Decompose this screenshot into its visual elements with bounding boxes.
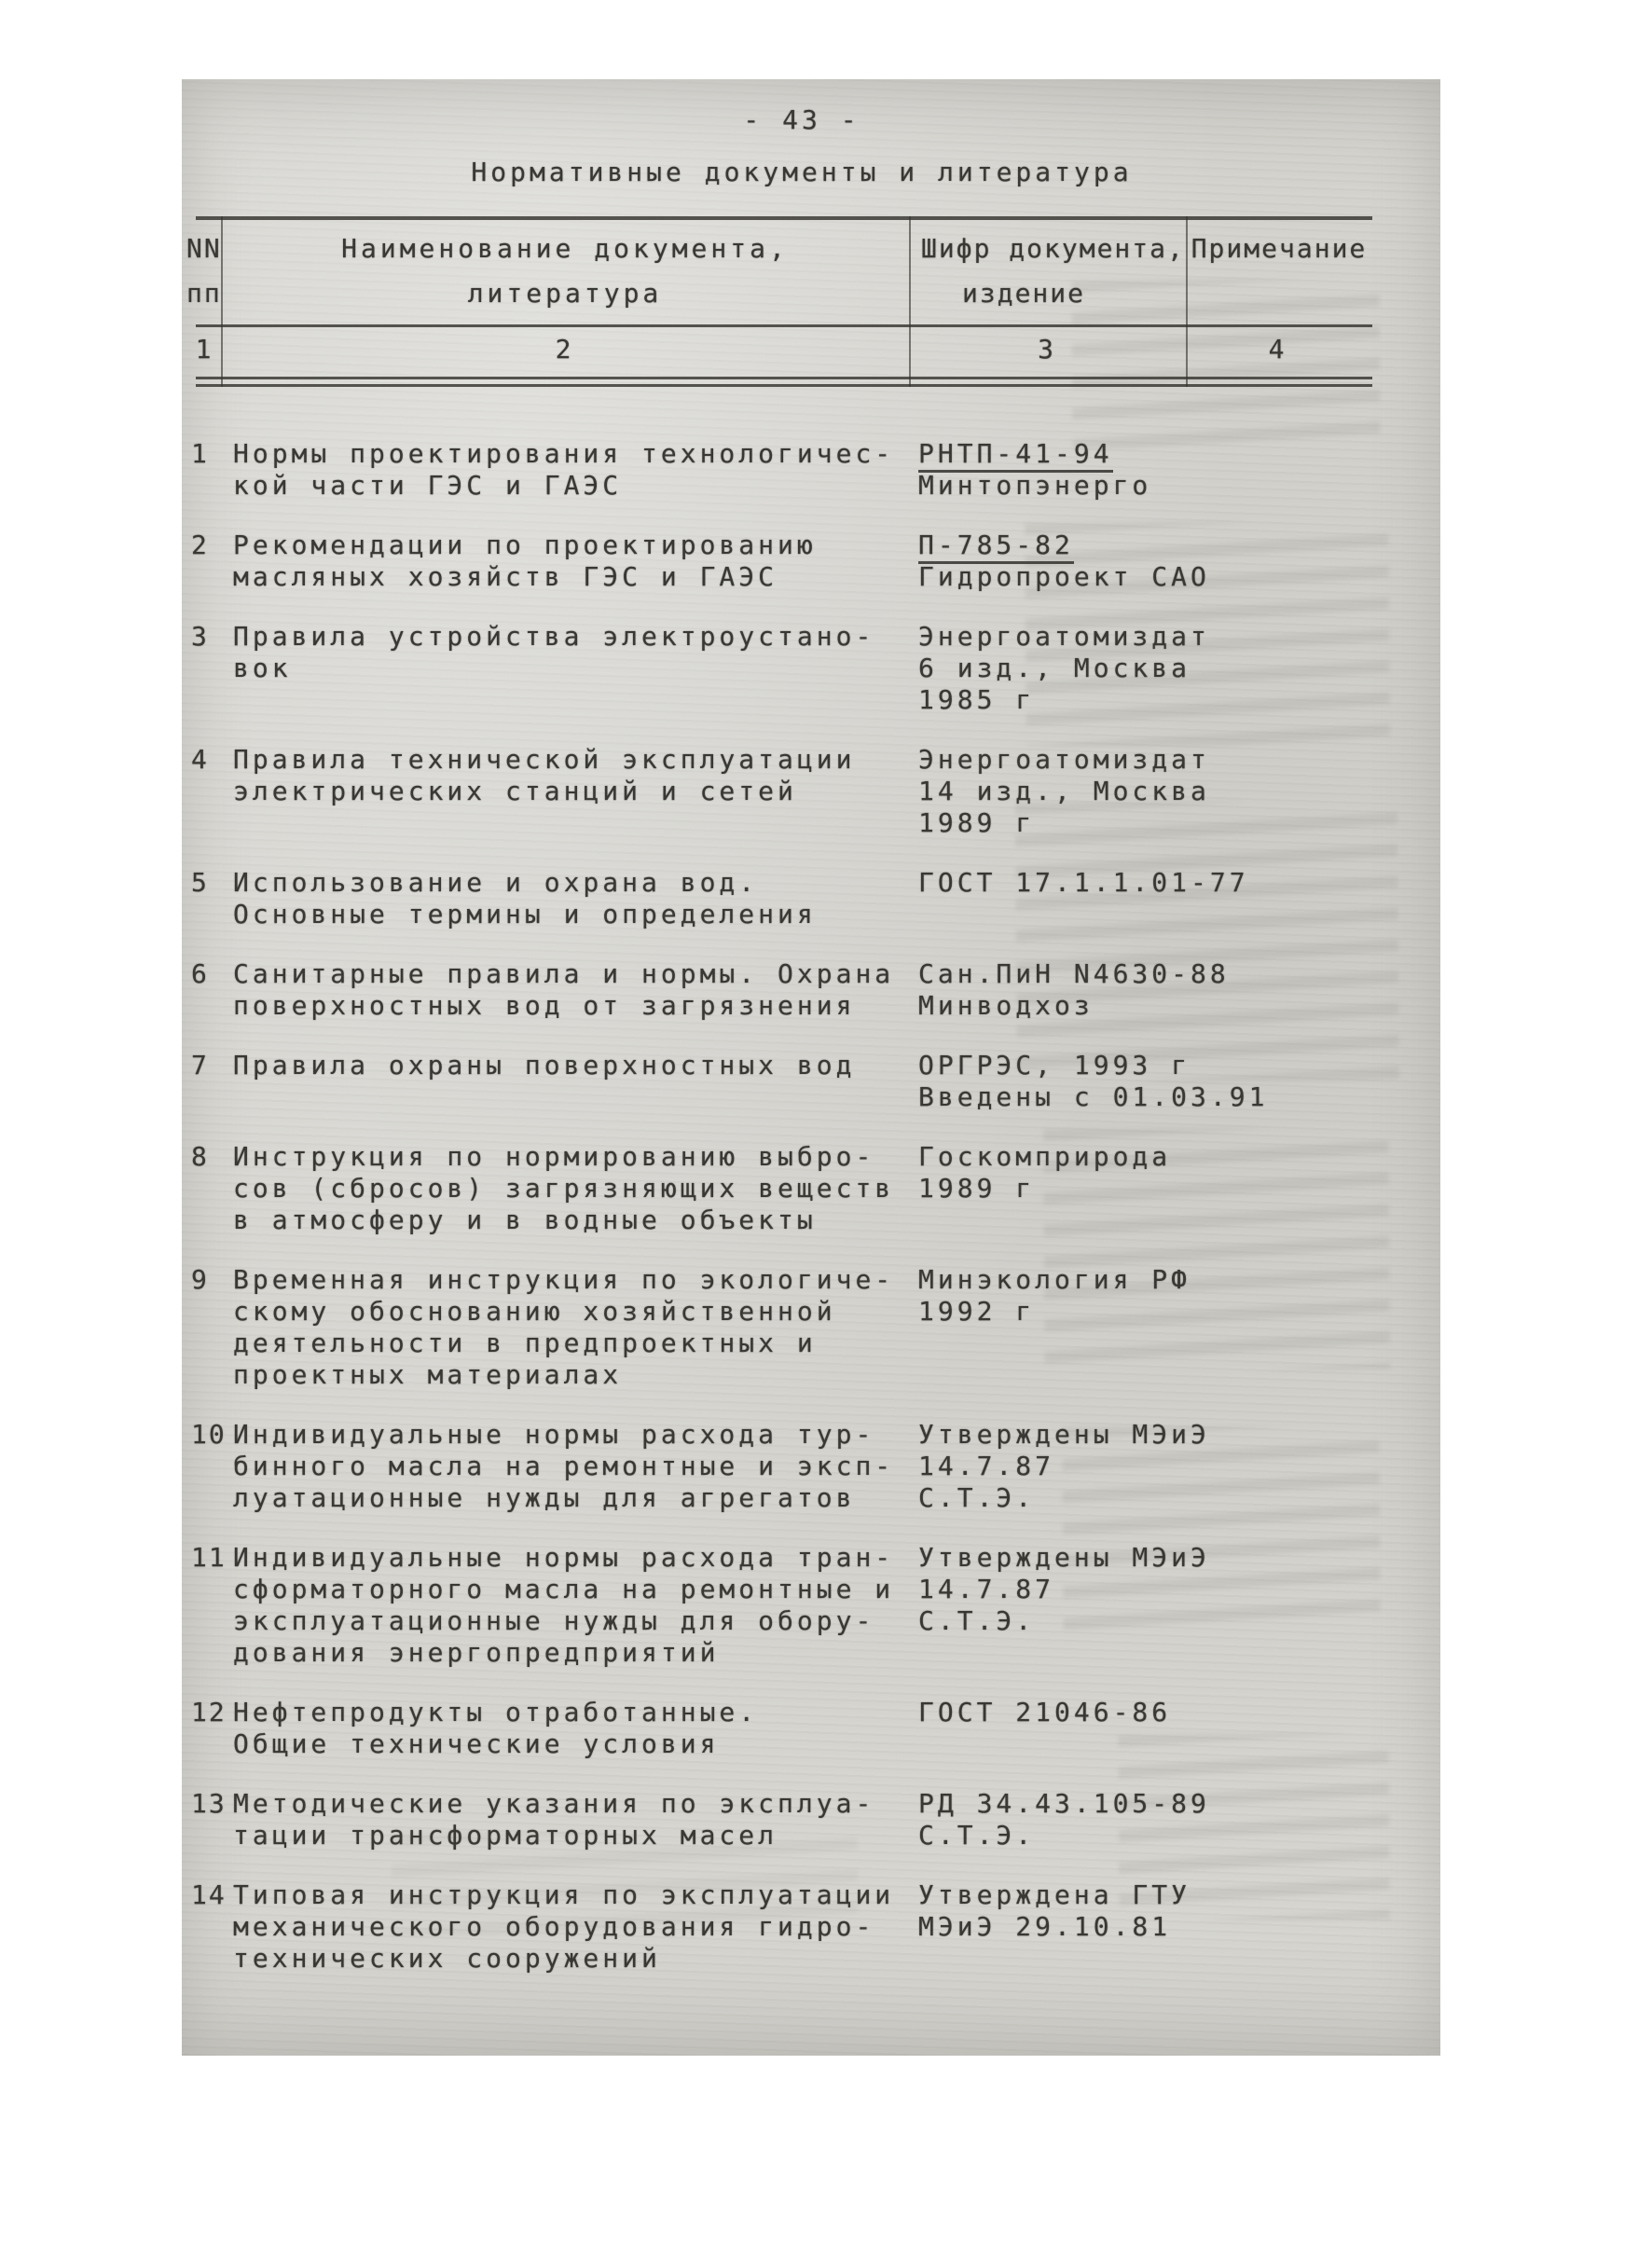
document-code-cell: П-785-82Гидропроект САО (918, 530, 1403, 593)
document-name-cell: Использование и охрана вод.Основные терм… (233, 867, 918, 930)
underlined-code-text: РНТП-41-94 (918, 438, 1113, 473)
document-name-line: Индивидуальные нормы расхода тран- (233, 1542, 918, 1574)
document-name-line: Правила технической эксплуатации (233, 744, 918, 776)
row-number: 13 (191, 1788, 233, 1820)
underlined-code-text: П-785-82 (918, 530, 1074, 564)
document-code-cell: Сан.ПиН N4630-88Минводхоз (918, 958, 1403, 1022)
document-name-cell: Нефтепродукты отработанные.Общие техниче… (233, 1697, 918, 1760)
document-name-cell: Правила технической эксплуатацииэлектрич… (233, 744, 918, 807)
document-name-line: эксплуатационные нужды для обору- (233, 1605, 918, 1637)
document-name-cell: Санитарные правила и нормы. Охранаповерх… (233, 958, 918, 1022)
table-row: 5Использование и охрана вод.Основные тер… (0, 867, 1652, 930)
document-code-line: Энергоатомиздат (918, 621, 1403, 653)
document-code-line: Утверждены МЭиЭ (918, 1542, 1403, 1574)
document-name-line: механического оборудования гидро- (233, 1911, 918, 1943)
document-name-line: Нормы проектирования технологичес- (233, 438, 918, 470)
table-row: 13Методические указания по эксплуа-тации… (0, 1788, 1652, 1851)
document-name-line: Санитарные правила и нормы. Охрана (233, 958, 918, 990)
document-code-cell: Утверждены МЭиЭ14.7.87С.Т.Э. (918, 1542, 1403, 1637)
document-code-line: РД 34.43.105-89 (918, 1788, 1403, 1820)
row-number: 12 (191, 1697, 233, 1728)
table-header-rule (196, 324, 1372, 327)
column-index-2: 2 (221, 334, 909, 365)
header-col3-line2: издение (962, 278, 1085, 310)
table-row: 6Санитарные правила и нормы. Охранаповер… (0, 958, 1652, 1022)
table-row: 8Инструкция по нормированию выбро-сов (с… (0, 1141, 1652, 1236)
document-code-line: ГОСТ 21046-86 (918, 1697, 1403, 1728)
document-code-line: РНТП-41-94 (918, 438, 1403, 470)
document-code-line: 6 изд., Москва (918, 653, 1403, 684)
document-name-line: Типовая инструкция по эксплуатации (233, 1879, 918, 1911)
document-name-cell: Индивидуальные нормы расхода тран-сформа… (233, 1542, 918, 1669)
document-code-line: Утверждена ГТУ (918, 1879, 1403, 1911)
document-name-line: Общие технические условия (233, 1728, 918, 1760)
document-code-line: П-785-82 (918, 530, 1403, 561)
document-name-line: бинного масла на ремонтные и эксп- (233, 1451, 918, 1482)
document-code-line: С.Т.Э. (918, 1820, 1403, 1851)
header-col1-line1: NN (186, 233, 222, 265)
table-body: 1Нормы проектирования технологичес-кой ч… (0, 438, 1652, 2002)
document-name-cell: Индивидуальные нормы расхода тур-бинного… (233, 1419, 918, 1514)
document-name-line: Временная инструкция по экологиче- (233, 1264, 918, 1296)
document-code-line: Гидропроект САО (918, 561, 1403, 593)
document-name-cell: Методические указания по эксплуа-тации т… (233, 1788, 918, 1851)
document-name-cell: Типовая инструкция по эксплуатациимехани… (233, 1879, 918, 1975)
document-code-line: Минтопэнерго (918, 470, 1403, 502)
document-name-line: скому обоснованию хозяйственной (233, 1296, 918, 1328)
table-row: 3Правила устройства электроустано-вокЭне… (0, 621, 1652, 716)
document-name-cell: Инструкция по нормированию выбро-сов (сб… (233, 1141, 918, 1236)
document-code-line: Госкомприрода (918, 1141, 1403, 1173)
document-name-line: поверхностных вод от загрязнения (233, 990, 918, 1022)
document-name-line: Правила охраны поверхностных вод (233, 1050, 918, 1081)
document-code-line: 1985 г (918, 684, 1403, 716)
document-name-cell: Правила охраны поверхностных вод (233, 1050, 918, 1081)
document-name-line: вок (233, 653, 918, 684)
document-name-line: электрических станций и сетей (233, 776, 918, 807)
document-name-line: Основные термины и определения (233, 899, 918, 930)
document-code-line: ОРГРЭС, 1993 г (918, 1050, 1403, 1081)
document-code-cell: Минэкология РФ1992 г (918, 1264, 1403, 1328)
document-name-line: в атмосферу и в водные объекты (233, 1204, 918, 1236)
page-number: - 43 - (196, 104, 1408, 136)
document-name-line: сов (сбросов) загрязняющих веществ (233, 1173, 918, 1204)
document-name-cell: Нормы проектирования технологичес-кой ча… (233, 438, 918, 502)
document-code-line: Сан.ПиН N4630-88 (918, 958, 1403, 990)
row-number: 14 (191, 1879, 233, 1911)
row-number: 10 (191, 1419, 233, 1451)
document-code-line: Минэкология РФ (918, 1264, 1403, 1296)
table-row: 14Типовая инструкция по эксплуатациимеха… (0, 1879, 1652, 1975)
scanned-document-page: - 43 - Нормативные документы и литератур… (0, 0, 1652, 2257)
document-name-line: технических сооружений (233, 1943, 918, 1975)
document-code-line: С.Т.Э. (918, 1482, 1403, 1514)
document-code-line: 14.7.87 (918, 1451, 1403, 1482)
document-name-line: сформаторного масла на ремонтные и (233, 1574, 918, 1605)
document-name-line: дования энергопредприятий (233, 1637, 918, 1669)
table-row: 11Индивидуальные нормы расхода тран-сфор… (0, 1542, 1652, 1669)
row-number: 1 (191, 438, 233, 470)
document-code-line: Энергоатомиздат (918, 744, 1403, 776)
document-name-line: Правила устройства электроустано- (233, 621, 918, 653)
document-code-line: 1992 г (918, 1296, 1403, 1328)
table-row: 7Правила охраны поверхностных водОРГРЭС,… (0, 1050, 1652, 1113)
table-top-rule (196, 216, 1372, 220)
header-col3-line1: Шифр документа, (921, 233, 1185, 265)
header-col2-line2: литература (221, 278, 909, 310)
document-code-cell: ОРГРЭС, 1993 гВведены с 01.03.91 (918, 1050, 1403, 1113)
header-col4: Примечание (1186, 233, 1372, 265)
row-number: 4 (191, 744, 233, 776)
document-name-cell: Временная инструкция по экологиче-скому … (233, 1264, 918, 1391)
column-index-4: 4 (1186, 334, 1370, 365)
row-number: 9 (191, 1264, 233, 1296)
table-row: 9Временная инструкция по экологиче-скому… (0, 1264, 1652, 1391)
header-col1-line2: пп (186, 278, 222, 310)
document-code-line: 1989 г (918, 807, 1403, 839)
row-number: 6 (191, 958, 233, 990)
document-code-line: Утверждены МЭиЭ (918, 1419, 1403, 1451)
document-code-line: МЭиЭ 29.10.81 (918, 1911, 1403, 1943)
row-number: 2 (191, 530, 233, 561)
document-code-cell: ГОСТ 21046-86 (918, 1697, 1403, 1728)
document-name-line: Использование и охрана вод. (233, 867, 918, 899)
document-name-cell: Рекомендации по проектированиюмасляных х… (233, 530, 918, 593)
document-code-line: С.Т.Э. (918, 1605, 1403, 1637)
document-name-line: луатационные нужды для агрегатов (233, 1482, 918, 1514)
document-name-line: Методические указания по эксплуа- (233, 1788, 918, 1820)
document-name-line: Индивидуальные нормы расхода тур- (233, 1419, 918, 1451)
document-code-line: Минводхоз (918, 990, 1403, 1022)
document-code-line: ГОСТ 17.1.1.01-77 (918, 867, 1403, 899)
document-code-cell: Энергоатомиздат6 изд., Москва1985 г (918, 621, 1403, 716)
table-row: 10Индивидуальные нормы расхода тур-бинно… (0, 1419, 1652, 1514)
header-col2-line1: Наименование документа, (221, 233, 909, 265)
row-number: 8 (191, 1141, 233, 1173)
column-index-3: 3 (909, 334, 1186, 365)
document-code-line: Введены с 01.03.91 (918, 1081, 1403, 1113)
document-name-line: деятельности в предпроектных и (233, 1328, 918, 1359)
document-name-cell: Правила устройства электроустано-вок (233, 621, 918, 684)
document-name-line: проектных материалах (233, 1359, 918, 1391)
table-row: 2Рекомендации по проектированиюмасляных … (0, 530, 1652, 593)
document-name-line: Рекомендации по проектированию (233, 530, 918, 561)
table-double-rule-lower (196, 384, 1372, 387)
document-name-line: масляных хозяйств ГЭС и ГАЭС (233, 561, 918, 593)
table-row: 4Правила технической эксплуатацииэлектри… (0, 744, 1652, 839)
row-number: 11 (191, 1542, 233, 1574)
document-name-line: Нефтепродукты отработанные. (233, 1697, 918, 1728)
document-name-line: кой части ГЭС и ГАЭС (233, 470, 918, 502)
document-name-line: тации трансформаторных масел (233, 1820, 918, 1851)
document-code-cell: Утверждены МЭиЭ14.7.87С.Т.Э. (918, 1419, 1403, 1514)
document-code-line: 1989 г (918, 1173, 1403, 1204)
table-row: 12Нефтепродукты отработанные.Общие техни… (0, 1697, 1652, 1760)
document-code-cell: РД 34.43.105-89С.Т.Э. (918, 1788, 1403, 1851)
document-code-line: 14 изд., Москва (918, 776, 1403, 807)
document-code-cell: РНТП-41-94Минтопэнерго (918, 438, 1403, 502)
document-code-cell: Госкомприрода1989 г (918, 1141, 1403, 1204)
document-name-line: Инструкция по нормированию выбро- (233, 1141, 918, 1173)
table-row: 1Нормы проектирования технологичес-кой ч… (0, 438, 1652, 502)
document-code-cell: Утверждена ГТУМЭиЭ 29.10.81 (918, 1879, 1403, 1943)
row-number: 7 (191, 1050, 233, 1081)
row-number: 3 (191, 621, 233, 653)
page-title: Нормативные документы и литература (196, 157, 1408, 188)
document-code-line: 14.7.87 (918, 1574, 1403, 1605)
document-code-cell: ГОСТ 17.1.1.01-77 (918, 867, 1403, 899)
document-code-cell: Энергоатомиздат14 изд., Москва1989 г (918, 744, 1403, 839)
row-number: 5 (191, 867, 233, 899)
table-double-rule-upper (196, 377, 1372, 379)
